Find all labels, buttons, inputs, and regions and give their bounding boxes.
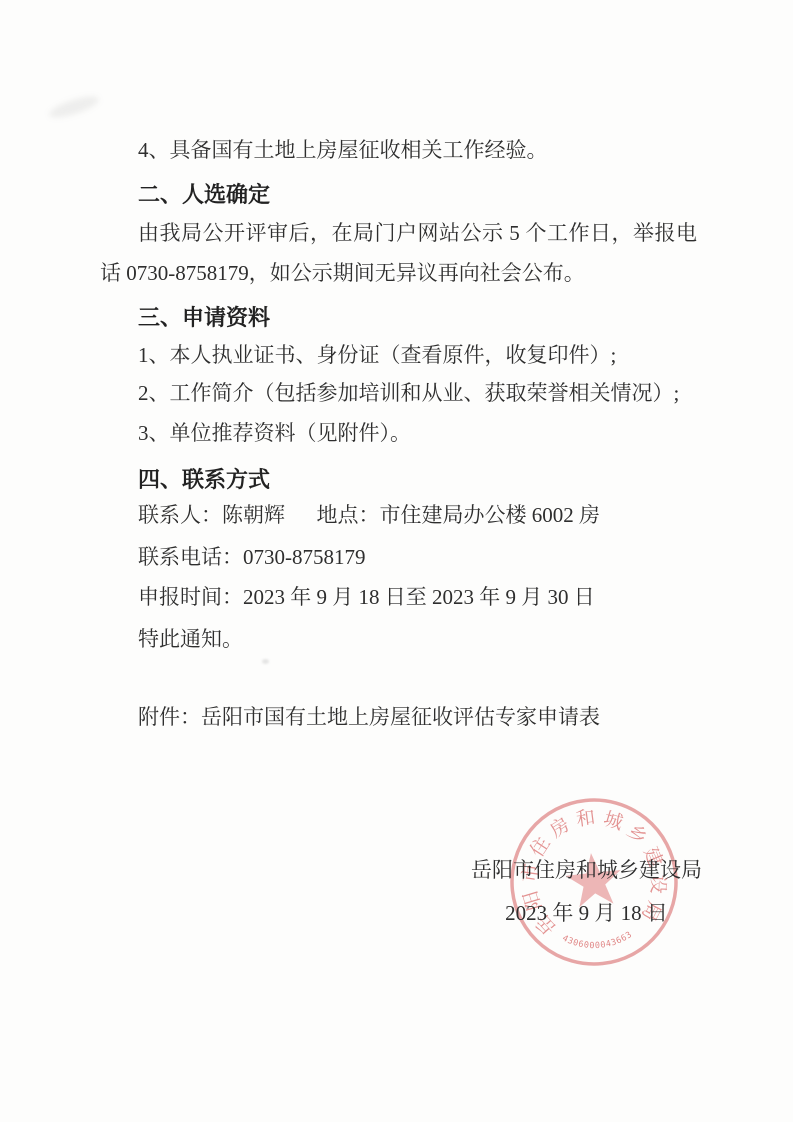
scanned-notice-page: 4、具备国有土地上房屋征收相关工作经验。 二、人选确定 由我局公开评审后，在局门… [0, 0, 793, 1122]
paragraph-material-1: 1、本人执业证书、身份证（查看原件，收复印件）; [100, 335, 697, 375]
signature-date: 2023 年 9 月 18 日 [505, 893, 668, 933]
paragraph-attachment: 附件：岳阳市国有土地上房屋征收评估专家申请表 [100, 697, 697, 737]
section-heading-selection: 二、人选确定 [100, 175, 697, 215]
paragraph-requirement-4: 4、具备国有土地上房屋征收相关工作经验。 [100, 130, 697, 170]
scan-smudge [47, 92, 101, 121]
paragraph-contact-person: 联系人：陈朝辉 地点：市住建局办公楼 6002 房 [100, 495, 697, 535]
section-heading-contact: 四、联系方式 [100, 460, 697, 500]
paragraph-material-3: 3、单位推荐资料（见附件）。 [100, 413, 697, 453]
paragraph-notice-closing: 特此通知。 [100, 619, 697, 659]
notice-body: 4、具备国有土地上房屋征收相关工作经验。 二、人选确定 由我局公开评审后，在局门… [100, 130, 697, 737]
section-heading-materials: 三、申请资料 [100, 298, 697, 338]
paragraph-apply-period: 申报时间：2023 年 9 月 18 日至 2023 年 9 月 30 日 [100, 577, 697, 617]
paragraph-material-2: 2、工作简介（包括参加培训和从业、获取荣誉相关情况）; [100, 373, 697, 413]
signature-block: 岳阳市住房和城乡建设局 2023 年 9 月 18 日 [471, 850, 702, 933]
signature-org: 岳阳市住房和城乡建设局 [471, 850, 702, 890]
paragraph-selection: 由我局公开评审后，在局门户网站公示 5 个工作日，举报电话 0730-87581… [100, 213, 697, 293]
paragraph-contact-phone: 联系电话：0730-8758179 [100, 537, 697, 577]
